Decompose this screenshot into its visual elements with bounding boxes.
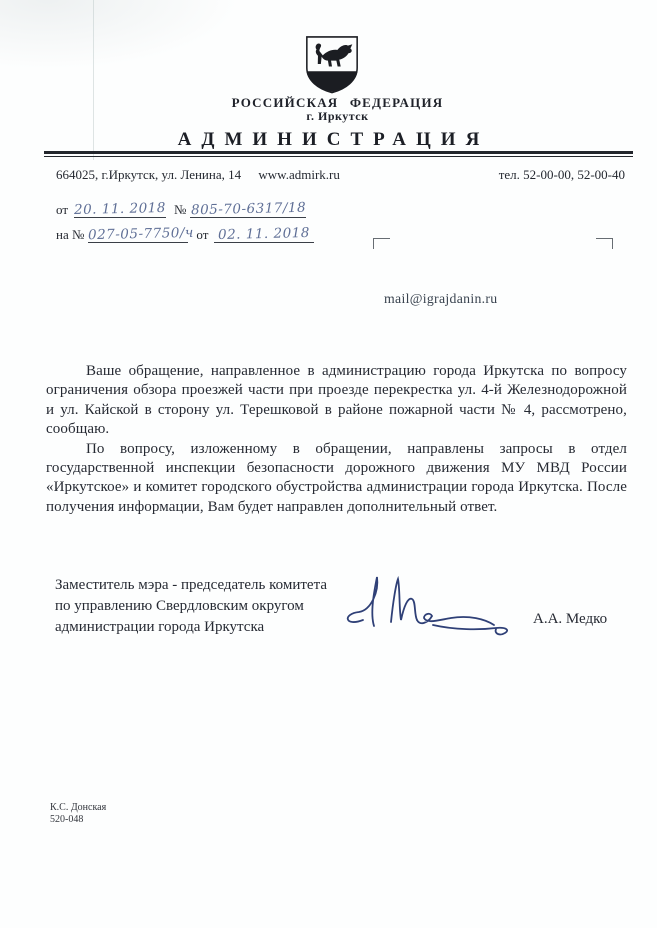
outgoing-reference-line: от20. 11. 2018№805-70-6317/18 — [56, 201, 306, 218]
scanned-letter-page: РОССИЙСКАЯ ФЕДЕРАЦИЯ г. Иркутск АДМИНИСТ… — [0, 0, 657, 928]
executor-phone: 520-048 — [50, 814, 106, 826]
scan-smudge-artifact — [0, 0, 240, 70]
out-number-label: № — [174, 202, 186, 218]
letterhead-divider — [44, 151, 633, 157]
in-number-label: на № — [56, 227, 84, 243]
divider-thick-line — [44, 151, 633, 154]
letterhead-phone: тел. 52-00-00, 52-00-40 — [499, 167, 625, 183]
postal-address: 664025, г.Иркутск, ул. Ленина, 14 — [56, 167, 241, 182]
address-zone-corner-left — [373, 238, 390, 249]
letterhead-contact-row: 664025, г.Иркутск, ул. Ленина, 14 www.ad… — [56, 167, 625, 183]
letterhead-org-title: АДМИНИСТРАЦИЯ — [0, 129, 657, 151]
body-paragraph-2: По вопросу, изложенному в обращении, нап… — [46, 440, 627, 518]
out-number-field: 805-70-6317/18 — [190, 201, 306, 218]
divider-thin-line — [44, 156, 633, 157]
in-date-handwriting: 02. 11. 2018 — [218, 225, 310, 243]
letter-body: Ваше обращение, направленное в администр… — [46, 362, 627, 517]
coat-of-arms-icon — [302, 35, 362, 95]
recipient-email: mail@igrajdanin.ru — [384, 291, 498, 307]
executor-name: К.С. Донская — [50, 802, 106, 814]
signer-name: А.А. Медко — [533, 611, 607, 628]
letterhead-city: г. Иркутск — [0, 109, 657, 124]
in-date-field: 02. 11. 2018 — [214, 226, 314, 243]
letterhead-address: 664025, г.Иркутск, ул. Ленина, 14 www.ad… — [56, 167, 340, 183]
in-number-handwriting: 027-05-7750/ч — [88, 225, 194, 243]
handwritten-signature — [333, 568, 521, 646]
in-number-field: 027-05-7750/ч — [88, 226, 188, 243]
website-text: www.admirk.ru — [258, 167, 339, 182]
out-date-handwriting: 20. 11. 2018 — [74, 200, 166, 218]
out-date-field: 20. 11. 2018 — [74, 201, 166, 218]
incoming-reference-line: на №027-05-7750/чот02. 11. 2018 — [56, 226, 314, 243]
in-date-label: от — [196, 227, 208, 243]
address-zone-corner-right — [596, 238, 613, 249]
body-paragraph-1: Ваше обращение, направленное в администр… — [46, 362, 627, 440]
executor-block: К.С. Донская 520-048 — [50, 802, 106, 825]
out-number-handwriting: 805-70-6317/18 — [191, 200, 306, 219]
out-date-label: от — [56, 202, 68, 218]
